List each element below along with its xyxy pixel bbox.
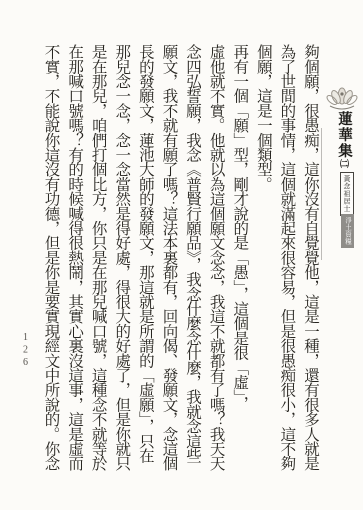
text-column: 那兒念一念，念一念當然是得好處，得很大的好處了，但是你就只: [110, 44, 134, 476]
text-column: 念四弘誓願，我念《普賢行願品》，我念什麼念什麼，我就念這些: [180, 44, 204, 476]
text-column: 在那喊口號嗎？有的時候喊得很熱鬧，其實心裏沒這事，這是虛而: [62, 44, 86, 476]
book-page: 蓮華集㈡ 黃念祖居士 淨土資糧 夠個願，很愚痴，這你沒有自覺覺他，這是一種，還有…: [0, 0, 363, 510]
series-box: 淨土資糧: [341, 214, 354, 248]
body-text: 夠個願，很愚痴，這你沒有自覺覺他，這是一種，還有很多人就是 為了世間的事情，這個…: [36, 44, 322, 476]
book-title: 蓮華集㈡: [334, 111, 355, 168]
lotus-icon: [326, 82, 358, 112]
series-name: 淨土資糧: [344, 217, 351, 245]
book-volume: ㈡: [339, 159, 349, 168]
text-column: 再有一個「願」型，剛才說的是「愚」，這個是很「虛」，: [228, 44, 252, 476]
text-column: 個願，這是一個類型。: [251, 44, 275, 476]
text-column: 不實，不能說你這沒有功德，但是你是要實現經文中所說的。你念: [39, 44, 63, 476]
text-column: 是在那兒，咱們打個比方，你只是在那兒喊口號，這種念不就等於: [86, 44, 110, 476]
text-column: 夠個願，很愚痴，這你沒有自覺覺他，這是一種，還有很多人就是: [298, 44, 322, 476]
text-column: 為了世間的事情，這個就滿起來很容易，但是很愚痴很小，這不夠: [275, 44, 299, 476]
book-title-text: 蓮華集: [336, 111, 352, 159]
page-number: 126: [20, 332, 31, 370]
author-box: 黃念祖居士: [340, 172, 354, 216]
author-name: 黃念祖居士: [343, 175, 351, 213]
text-column: 虛他就不實。他就以為這個願文念念，我這不就都有了嗎？我天天: [204, 44, 228, 476]
text-column: 願文，我不就有願了嗎？這法本裏都有，回向偈、發願文，念這個: [157, 44, 181, 476]
text-column: 長的發願文，蓮池大師的發願文，那這就是所謂的「虛願」，只在: [133, 44, 157, 476]
